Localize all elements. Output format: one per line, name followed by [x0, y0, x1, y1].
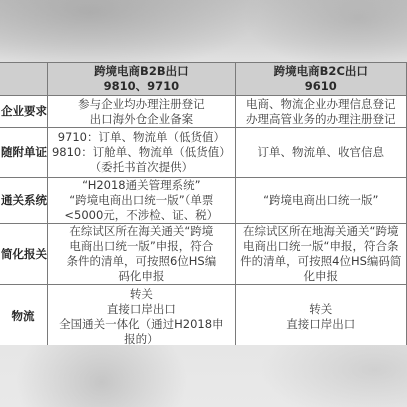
cell-line: 电商出口统一版“申报，符合条 [238, 239, 404, 254]
cell-line: “跨境电商出口统一版” [238, 193, 404, 208]
cell-b2c: 转关 直接口岸出口 [235, 285, 406, 349]
cell-line: 办理高管业务的办理注册登记 [238, 112, 404, 127]
cell-line: 件的清单，可按照4位HS编码简 [238, 254, 404, 269]
header-b2c: 跨境电商B2C出口 9610 [235, 63, 406, 96]
table-row-accompanying-documents: 随附单证 9710：订单、物流单（低货值） 9810：订舱单、物流单（低货值） … [0, 128, 407, 178]
cell-b2b: 在综试区所在海关通关“跨境 电商出口统一版”申报，符合 条件的清单，可按照6位H… [48, 224, 235, 285]
header-b2c-codes: 9610 [238, 79, 404, 94]
cell-line: （委托书首次提供） [50, 160, 232, 175]
table-header-row: 跨境电商B2B出口 9810、9710 跨境电商B2C出口 9610 [0, 63, 407, 96]
screenshot-frame: 跨境电商B2B出口 9810、9710 跨境电商B2C出口 9610 企业要求 … [0, 0, 407, 407]
cell-line: 电商出口统一版”申报，符合 [50, 239, 232, 254]
cell-b2c: 电商、物流企业办理信息登记 办理高管业务的办理注册登记 [235, 96, 406, 128]
cell-b2b: 转关 直接口岸出口 全国通关一体化（通过H2018申 报的） [48, 285, 235, 349]
header-b2b-title: 跨境电商B2B出口 [50, 64, 232, 79]
row-label: 物流 [0, 285, 48, 349]
cell-line: “H2018通关管理系统” [50, 178, 232, 193]
cell-line: 参与企业均办理注册登记 [50, 97, 232, 112]
cell-b2b: 9710：订单、物流单（低货值） 9810：订舱单、物流单（低货值） （委托书首… [48, 128, 235, 178]
table-row-simplified-declaration: 简化报关 在综试区所在海关通关“跨境 电商出口统一版”申报，符合 条件的清单，可… [0, 224, 407, 285]
cell-line: 码化申报 [50, 269, 232, 284]
cell-line: <5000元，不涉检、证、税） [50, 208, 232, 223]
cell-line: 在综试区所在地海关通关“跨境 [238, 224, 404, 239]
cell-line: 直接口岸出口 [50, 302, 232, 317]
cell-b2c: 在综试区所在地海关通关“跨境 电商出口统一版“申报，符合条 件的清单，可按照4位… [235, 224, 406, 285]
cell-line: “跨境电商出口统一版”（单票 [50, 193, 232, 208]
cell-line: 全国通关一体化（通过H2018申 [50, 317, 232, 332]
blurred-background-bottom [0, 345, 407, 407]
row-label: 企业要求 [0, 96, 48, 128]
table-row-logistics: 物流 转关 直接口岸出口 全国通关一体化（通过H2018申 报的） 转关 直接口… [0, 285, 407, 349]
cell-b2b: “H2018通关管理系统” “跨境电商出口统一版”（单票 <5000元，不涉检、… [48, 178, 235, 224]
row-label: 通关系统 [0, 178, 48, 224]
blurred-background-top [0, 0, 407, 62]
cell-line: 订单、物流单、收官信息 [238, 145, 404, 160]
table-row-enterprise-requirements: 企业要求 参与企业均办理注册登记 出口海外仓企业备案 电商、物流企业办理信息登记… [0, 96, 407, 128]
cell-line: 在综试区所在海关通关“跨境 [50, 224, 232, 239]
cell-line: 9710：订单、物流单（低货值） [50, 130, 232, 145]
cell-line: 化申报 [238, 269, 404, 284]
table-row-clearance-system: 通关系统 “H2018通关管理系统” “跨境电商出口统一版”（单票 <5000元… [0, 178, 407, 224]
cell-line: 条件的清单，可按照6位HS编 [50, 254, 232, 269]
cell-b2c: 订单、物流单、收官信息 [235, 128, 406, 178]
cell-line: 9810：订舱单、物流单（低货值） [50, 145, 232, 160]
cell-line: 转关 [50, 287, 232, 302]
cell-line: 直接口岸出口 [238, 317, 404, 332]
cell-line: 出口海外仓企业备案 [50, 112, 232, 127]
header-b2b-codes: 9810、9710 [50, 79, 232, 94]
cell-b2c: “跨境电商出口统一版” [235, 178, 406, 224]
cell-line: 电商、物流企业办理信息登记 [238, 97, 404, 112]
header-b2b: 跨境电商B2B出口 9810、9710 [48, 63, 235, 96]
header-corner-cell [0, 63, 48, 96]
cell-b2b: 参与企业均办理注册登记 出口海外仓企业备案 [48, 96, 235, 128]
row-label: 简化报关 [0, 224, 48, 285]
header-b2c-title: 跨境电商B2C出口 [238, 64, 404, 79]
cell-line: 转关 [238, 302, 404, 317]
row-label: 随附单证 [0, 128, 48, 178]
comparison-table: 跨境电商B2B出口 9810、9710 跨境电商B2C出口 9610 企业要求 … [0, 62, 407, 368]
